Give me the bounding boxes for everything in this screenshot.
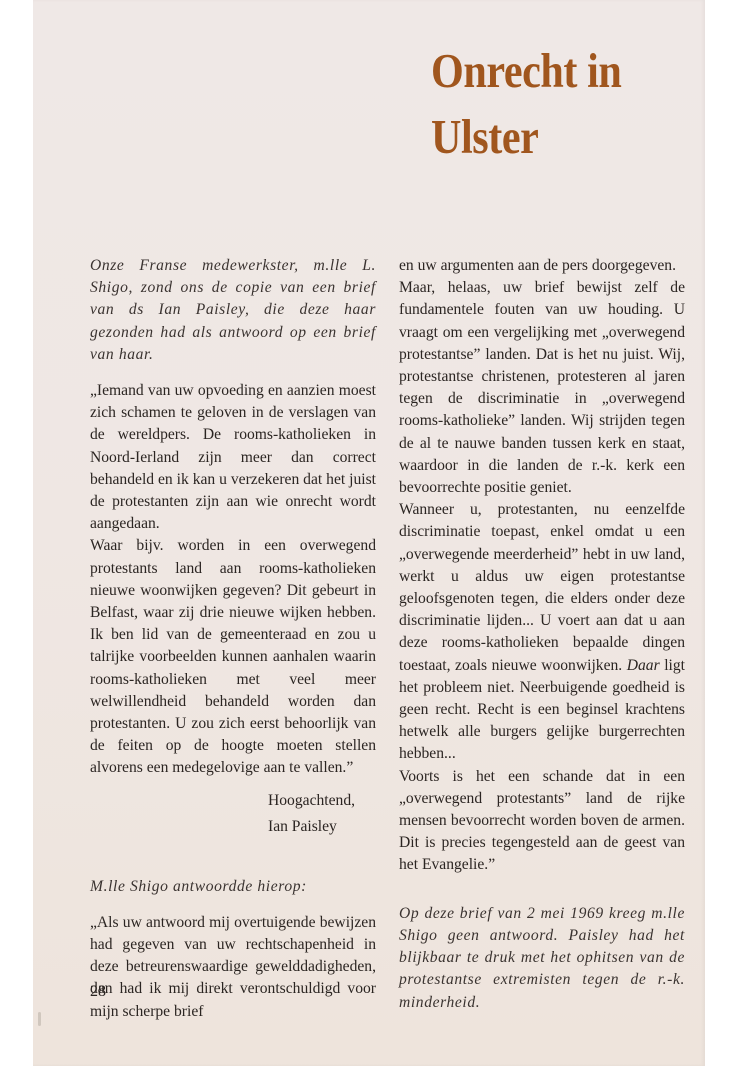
article-title: Onrecht in Ulster [431, 38, 689, 170]
scan-smudge [38, 1012, 41, 1026]
signature: Ian Paisley [268, 814, 376, 840]
reply-paragraph-4: Voorts is het een schande dat in een „ov… [399, 766, 685, 877]
reply-paragraph-3-part-a: Wanneer u, protestanten, nu eenzelfde di… [399, 501, 685, 673]
letter-paragraph-1: „Iemand van uw opvoeding en aanzien moes… [90, 380, 376, 535]
letter-paragraph-2: Waar bijv. worden in een overwegend prot… [90, 535, 376, 779]
reply-paragraph-3: Wanneer u, protestanten, nu eenzelfde di… [399, 499, 685, 765]
intro-paragraph: Onze Franse medewerkster, m.lle L. Shigo… [90, 255, 376, 366]
title-line-2: Ulster [431, 109, 538, 164]
reply-paragraph-1-continued: en uw argumenten aan de pers doorgegeven… [399, 255, 685, 277]
closing: Hoogachtend, [268, 788, 376, 814]
emphasis-daar: Daar [627, 657, 660, 674]
reply-intro: M.lle Shigo antwoordde hierop: [90, 876, 376, 898]
letter-signature-block: Hoogachtend, Ian Paisley [90, 788, 376, 840]
reply-paragraph-2: Maar, helaas, uw brief bewijst zelf de f… [399, 277, 685, 499]
right-column: en uw argumenten aan de pers doorgegeven… [399, 255, 685, 1014]
page-number: 28 [90, 983, 106, 1001]
left-column: Onze Franse medewerkster, m.lle L. Shigo… [90, 255, 376, 1023]
title-line-1: Onrecht in [431, 43, 621, 98]
reply-paragraph-1: „Als uw antwoord mij overtuigende bewijz… [90, 912, 376, 1023]
epilogue-paragraph: Op deze brief van 2 mei 1969 kreeg m.lle… [399, 903, 685, 1014]
